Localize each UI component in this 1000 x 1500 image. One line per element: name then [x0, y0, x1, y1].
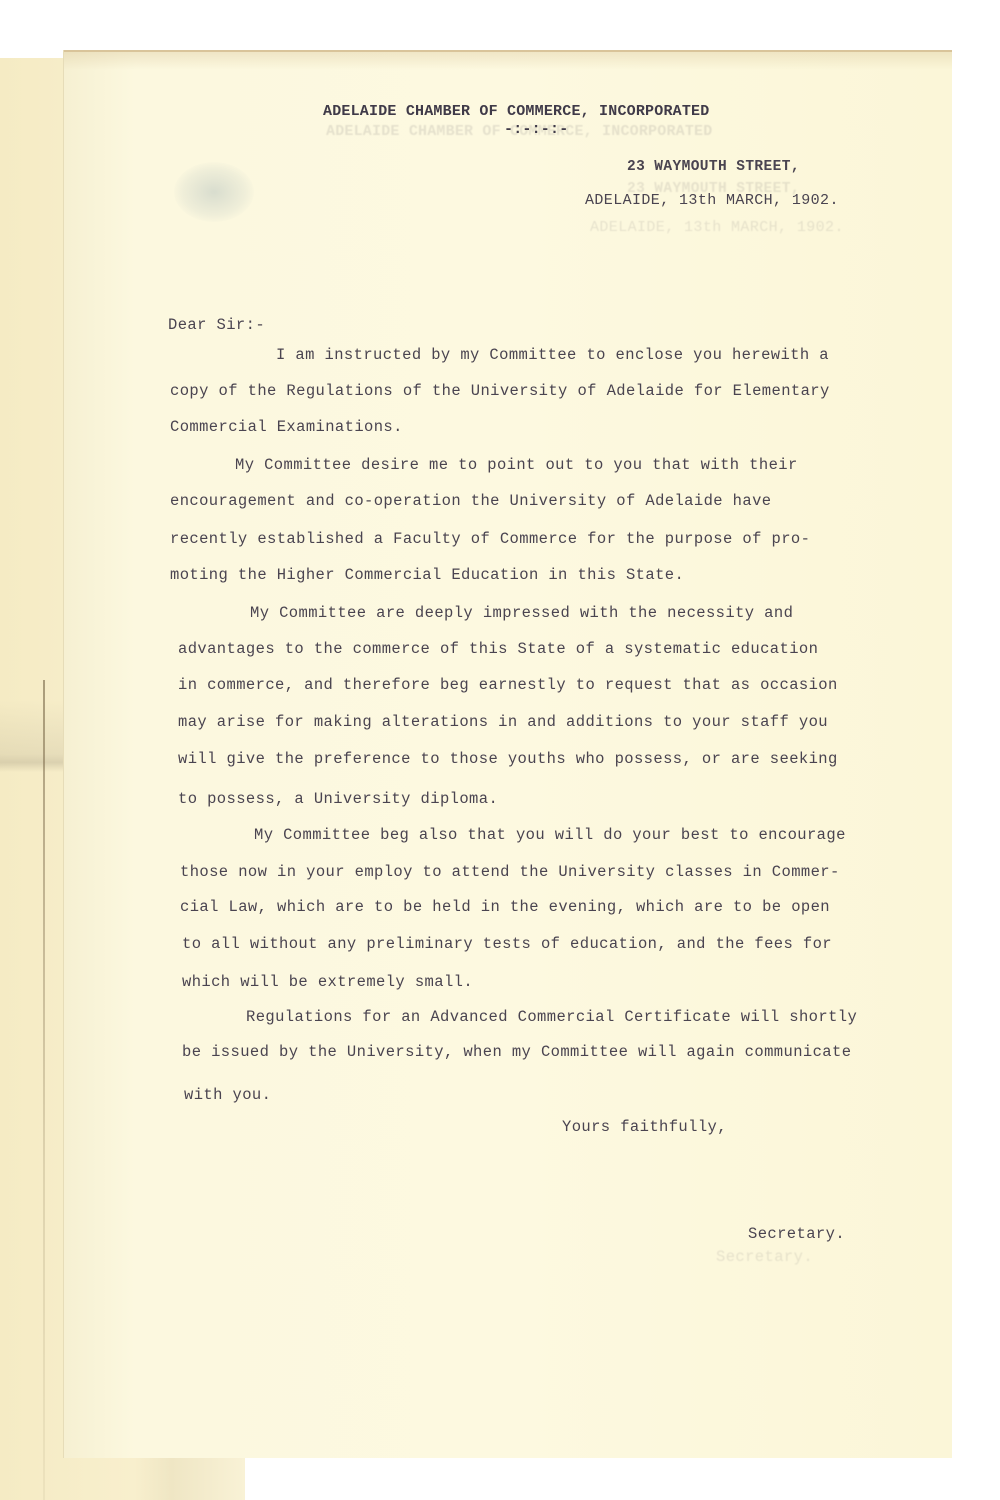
body-line: to possess, a University diploma.	[178, 792, 498, 808]
body-line: Regulations for an Advanced Commercial C…	[246, 1010, 857, 1026]
signature-title: Secretary.	[748, 1227, 845, 1243]
body-line: My Committee are deeply impressed with t…	[250, 606, 793, 622]
letterhead-address: 23 WAYMOUTH STREET,	[627, 160, 800, 175]
body-line: I am instructed by my Committee to enclo…	[276, 348, 829, 364]
body-line: to all without any preliminary tests of …	[182, 937, 832, 953]
letterhead-divider: -:-:-:-	[504, 122, 568, 137]
body-line: recently established a Faculty of Commer…	[170, 532, 810, 548]
letter-date-offset: ADELAIDE, 13th MARCH, 1902.	[590, 220, 844, 235]
paper-crease	[43, 680, 45, 1500]
body-line: moting the Higher Commercial Education i…	[170, 568, 684, 584]
body-line: Commercial Examinations.	[170, 420, 403, 436]
body-line: with you.	[184, 1088, 271, 1104]
body-line: which will be extremely small.	[182, 975, 473, 991]
body-line: those now in your employ to attend the U…	[180, 865, 840, 881]
letter-date: ADELAIDE, 13th MARCH, 1902.	[585, 193, 839, 208]
closing: Yours faithfully,	[562, 1120, 727, 1136]
body-line: will give the preference to those youths…	[178, 752, 838, 768]
signature-title-offset: Secretary.	[716, 1250, 813, 1266]
body-line: be issued by the University, when my Com…	[182, 1045, 851, 1061]
body-line: copy of the Regulations of the Universit…	[170, 384, 830, 400]
body-line: cial Law, which are to be held in the ev…	[180, 900, 830, 916]
ink-smudge	[174, 162, 254, 222]
body-line: in commerce, and therefore beg earnestly…	[178, 678, 838, 694]
body-line: encouragement and co-operation the Unive…	[170, 494, 772, 510]
body-line: My Committee beg also that you will do y…	[254, 828, 846, 844]
letterhead-organization: ADELAIDE CHAMBER OF COMMERCE, INCORPORAT…	[323, 104, 709, 119]
salutation: Dear Sir:-	[168, 318, 265, 334]
body-line: advantages to the commerce of this State…	[178, 642, 818, 658]
body-line: My Committee desire me to point out to y…	[235, 458, 798, 474]
body-line: may arise for making alterations in and …	[178, 715, 828, 731]
